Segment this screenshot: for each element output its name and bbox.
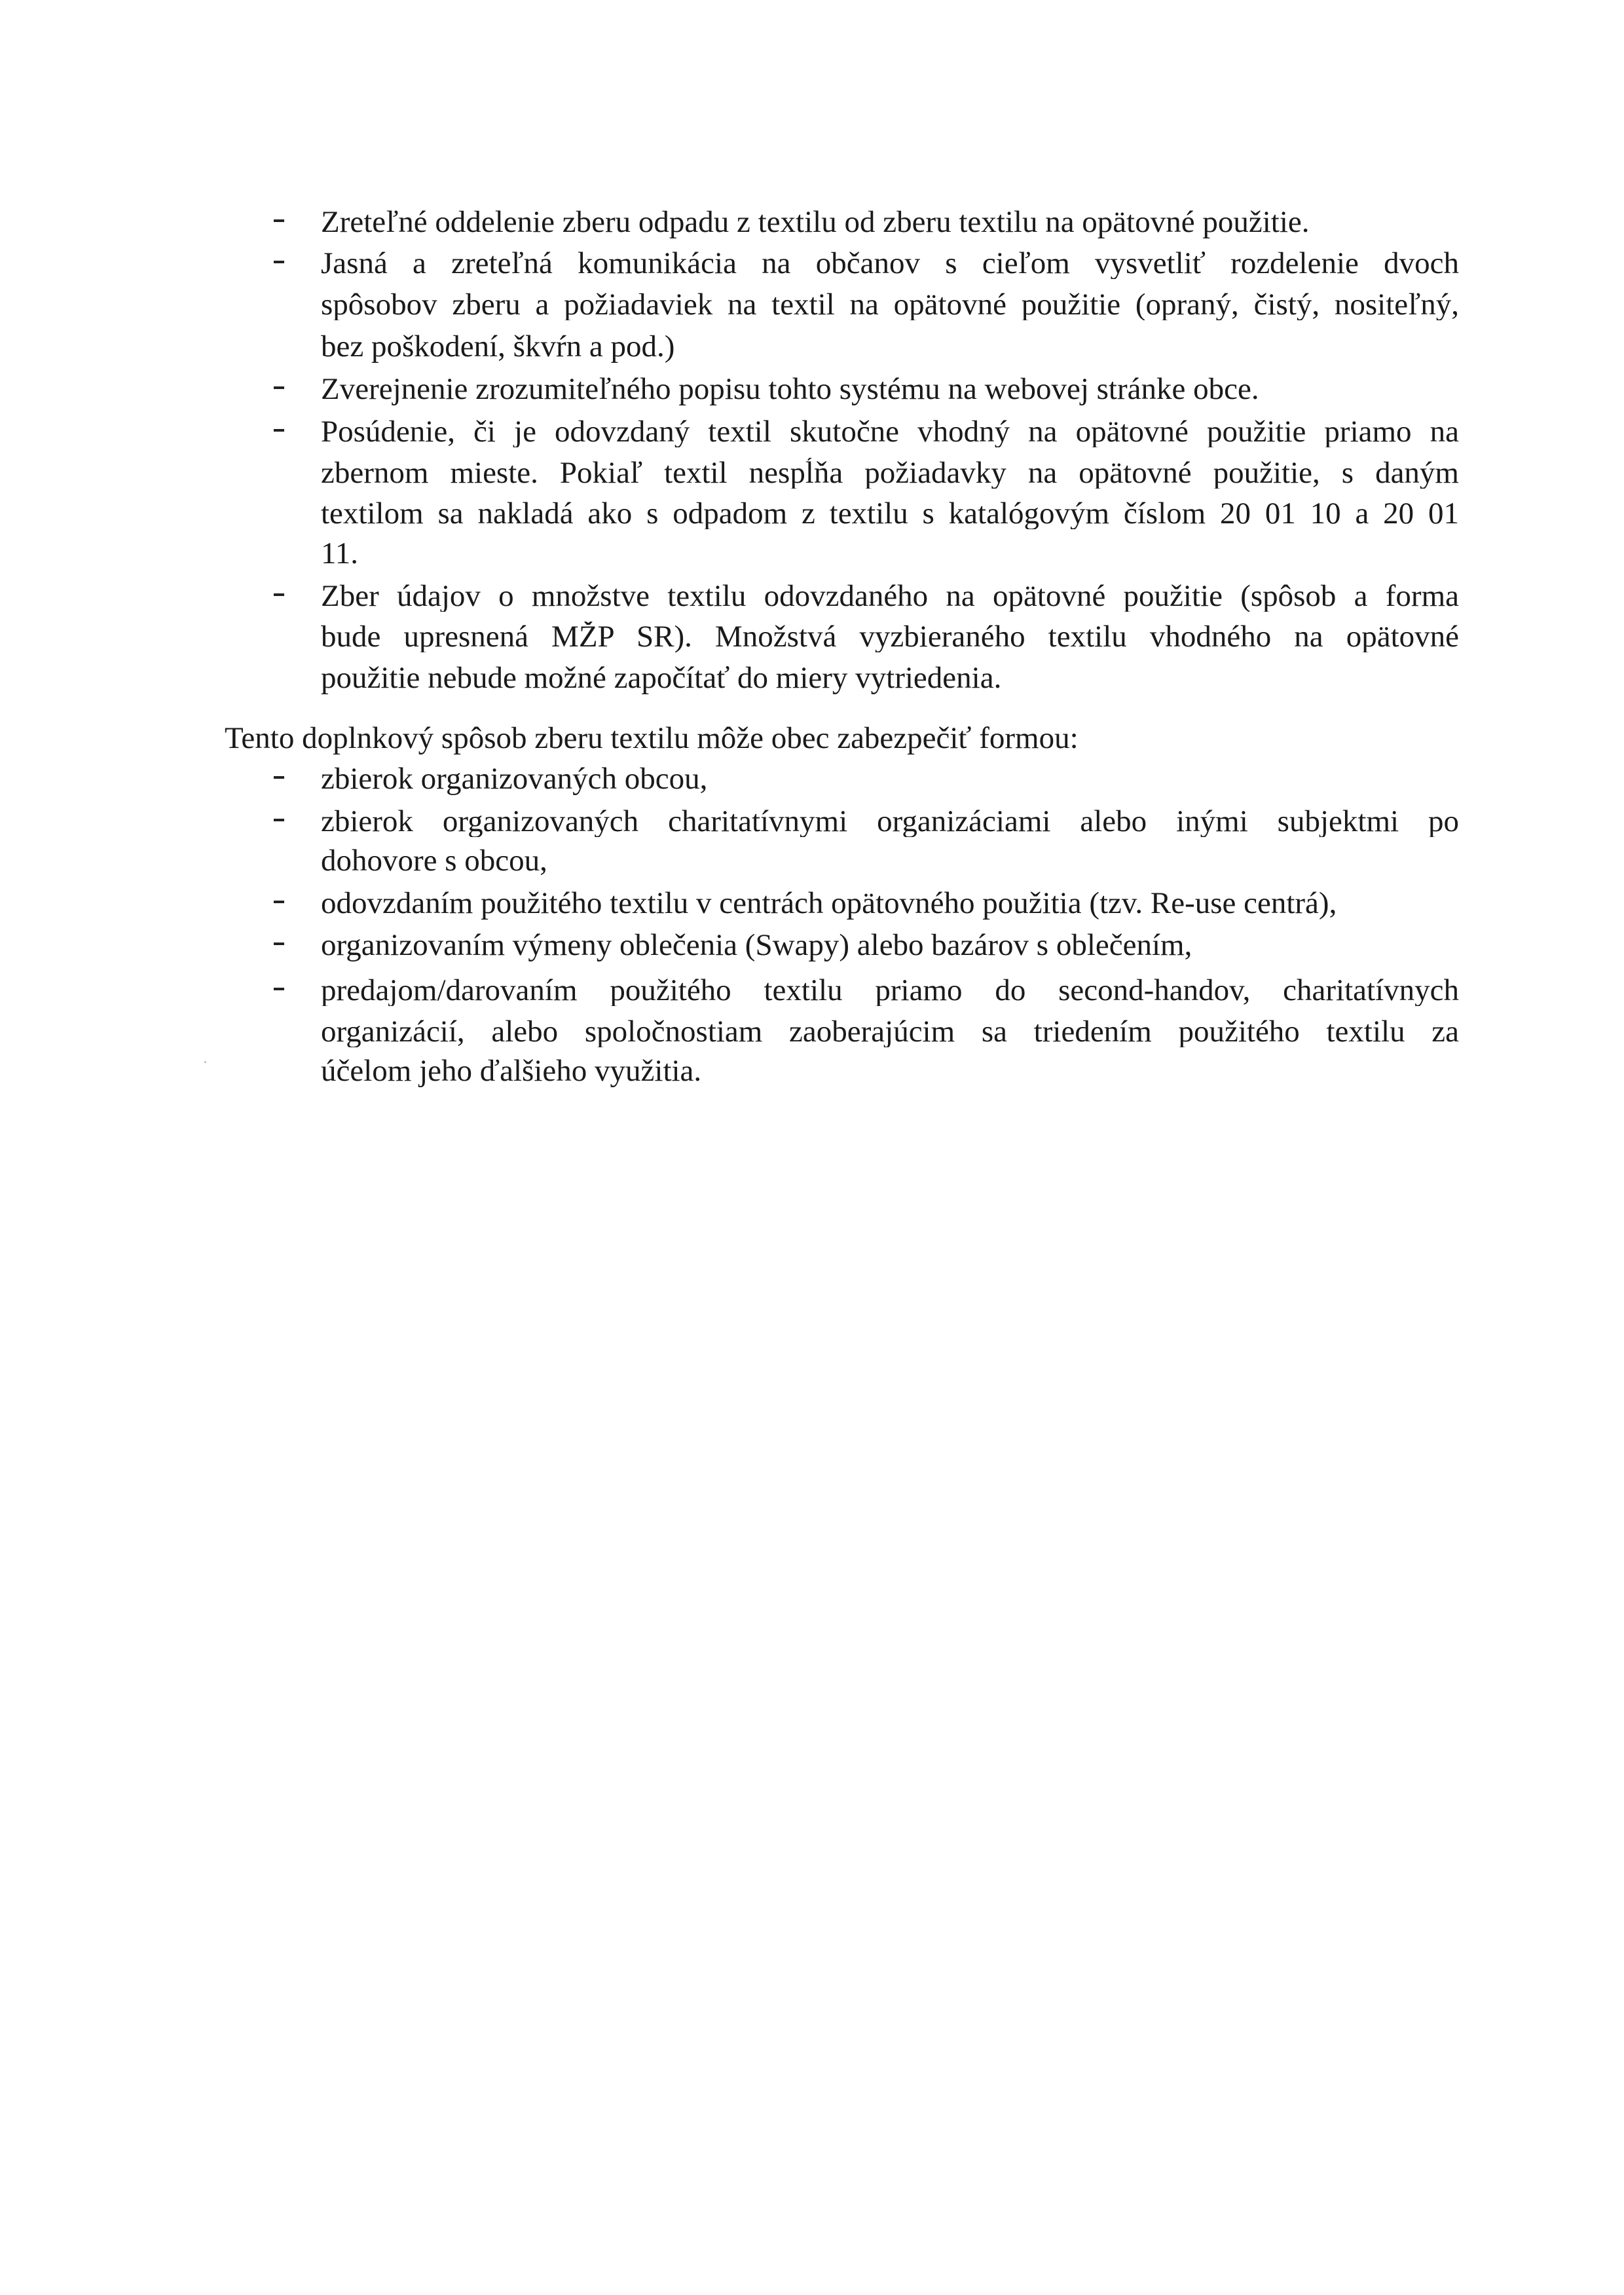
list-item-line: organizovaním výmeny oblečenia (Swapy) a… — [321, 930, 1192, 961]
bullet-dash-icon — [274, 901, 284, 903]
bullet-dash-icon — [274, 219, 284, 222]
list-item-line: dohovore s obcou, — [321, 846, 547, 876]
list-item-line: Zreteľné oddelenie zberu odpadu z textil… — [321, 207, 1310, 238]
list-item-line: bude upresnená MŽP SR). Množstvá vyzbier… — [321, 622, 1459, 652]
list-item-line: zbierok organizovaných obcou, — [321, 764, 707, 794]
list-item-line: zbernom mieste. Pokiaľ textil nespĺňa po… — [321, 458, 1459, 489]
list-item-line: účelom jeho ďalšieho využitia. — [321, 1056, 701, 1087]
list-item-line: spôsobov zberu a požiadaviek na textil n… — [321, 289, 1459, 320]
list-item-line: Posúdenie, či je odovzdaný textil skutoč… — [321, 417, 1459, 447]
list-item-line: organizácií, alebo spoločnostiam zaobera… — [321, 1017, 1459, 1047]
bullet-dash-icon — [274, 593, 284, 596]
bullet-dash-icon — [274, 942, 284, 945]
list-item-line: použitie nebude možné započítať do miery… — [321, 663, 1001, 694]
list-item-line: 11. — [321, 538, 358, 569]
document-page: Zreteľné oddelenie zberu odpadu z textil… — [0, 0, 1624, 2295]
bullet-dash-icon — [274, 386, 284, 389]
list-item-line: Jasná a zreteľná komunikácia na občanov … — [321, 248, 1459, 279]
list-item-line: Zverejnenie zrozumiteľného popisu tohto … — [321, 374, 1259, 405]
list-item-line: textilom sa nakladá ako s odpadom z text… — [321, 498, 1459, 529]
bullet-dash-icon — [274, 429, 284, 432]
list-item-line: Zber údajov o množstve textilu odovzdané… — [321, 581, 1459, 612]
paragraph-intro: Tento doplnkový spôsob zberu textilu môž… — [225, 723, 1079, 754]
bullet-dash-icon — [274, 819, 284, 821]
list-item-line: bez poškodení, škvŕn a pod.) — [321, 331, 674, 362]
scan-artifact — [204, 1061, 206, 1063]
list-item-line: zbierok organizovaných charitatívnymi or… — [321, 806, 1459, 837]
bullet-dash-icon — [274, 988, 284, 990]
bullet-dash-icon — [274, 776, 284, 779]
bullet-dash-icon — [274, 261, 284, 263]
list-item-line: predajom/darovaním použitého textilu pri… — [321, 975, 1459, 1006]
list-item-line: odovzdaním použitého textilu v centrách … — [321, 888, 1337, 919]
